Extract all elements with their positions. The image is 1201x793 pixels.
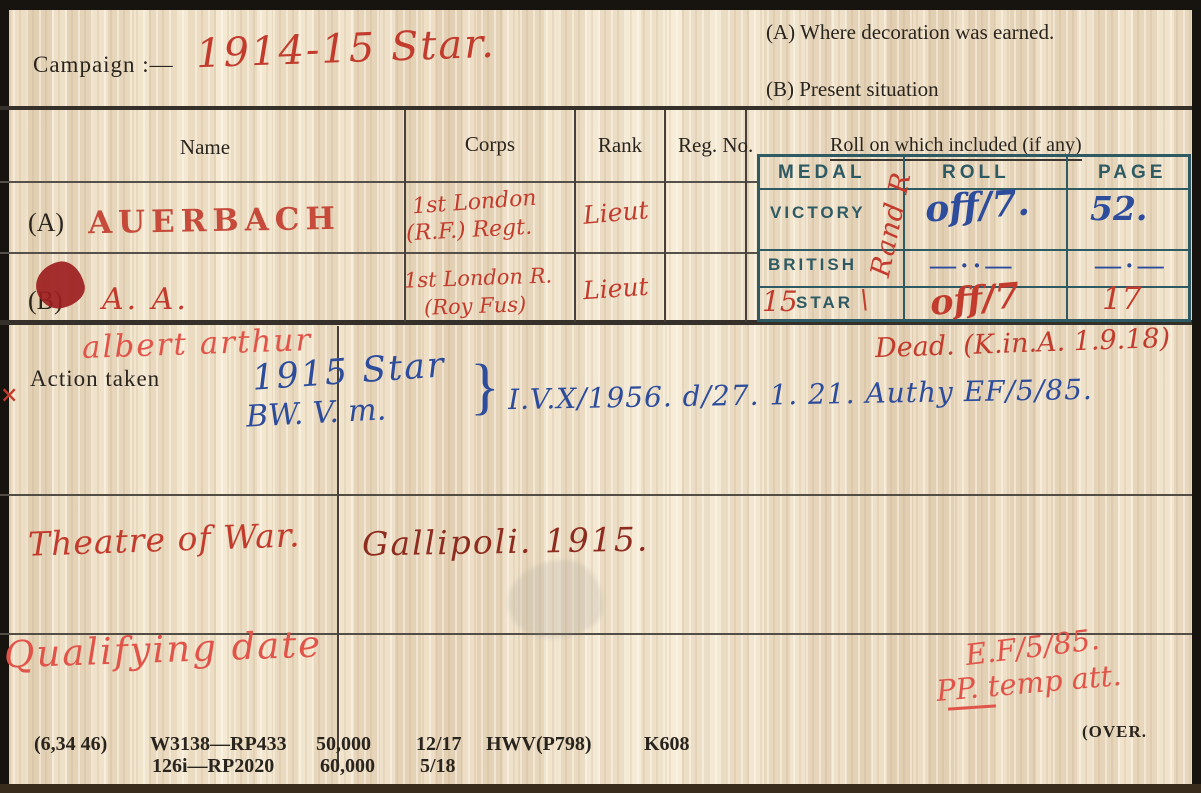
stamp-header-roll: ROLL	[942, 162, 1010, 184]
victory-page-value: 52.	[1090, 189, 1147, 228]
row-b-rank: Lieut	[582, 272, 649, 306]
stamp-header-page: PAGE	[1098, 162, 1166, 184]
footer-code-4: 12/17	[416, 733, 462, 756]
footer-over-label: (OVER.	[1082, 722, 1147, 742]
campaign-value-handwriting: 1914-15 Star.	[195, 21, 496, 77]
campaign-label: Campaign :—	[33, 52, 174, 78]
medal-overwrite-scribble: Rand R	[865, 169, 917, 280]
british-page-ditto: —·—	[1095, 251, 1168, 281]
star-tick-mark: \	[860, 285, 869, 315]
scan-edge-top	[0, 0, 1201, 10]
scan-edge-bottom	[0, 784, 1201, 793]
stamp-row-star-label: STAR	[796, 293, 853, 313]
victory-roll-value: off/7.	[924, 181, 1031, 230]
row-a-corps-line1: 1st London	[411, 186, 537, 220]
rule-between-rows	[0, 252, 757, 254]
scan-edge-right	[1192, 0, 1201, 793]
rule-mid	[0, 494, 1192, 496]
rule-below-headers	[0, 181, 757, 183]
star-prefix-15: 15	[762, 285, 798, 318]
footer-code-6: K608	[644, 733, 690, 756]
note-a: (A) Where decoration was earned.	[766, 20, 1054, 45]
qualifying-label-handwriting: Qualifying date	[3, 622, 322, 676]
stamp-row-british-label: BRITISH	[768, 255, 857, 275]
stamp-row-victory-label: VICTORY	[770, 203, 866, 223]
star-page-value: 17	[1102, 281, 1141, 317]
footer-code-5: HWV(P798)	[486, 733, 592, 756]
footer-code-9: 5/18	[420, 755, 456, 778]
row-b-corps-line2: (Roy Fus)	[424, 292, 527, 320]
note-b: (B) Present situation	[766, 77, 939, 102]
row-a-rank: Lieut	[582, 195, 650, 230]
header-name: Name	[100, 135, 310, 160]
dead-note-handwriting: Dead. (K.in.A. 1.9.18)	[875, 323, 1171, 364]
action-brace: }	[470, 352, 500, 423]
rule-below-campaign	[0, 106, 1192, 110]
action-value-handwriting: I.V.X/1956. d/27. 1. 21. Authy EF/5/85.	[508, 373, 1093, 416]
footer-code-3: 50,000	[316, 733, 371, 756]
row-a-corps-line2: (R.F.) Regt.	[405, 215, 532, 247]
footer-code-8: 60,000	[320, 755, 375, 778]
row-b-name-handwriting: A. A.	[102, 282, 189, 317]
footer-code-7: 126i—RP2020	[152, 755, 274, 778]
star-roll-value: off/7	[928, 275, 1021, 324]
margin-x-mark: ×	[0, 382, 18, 408]
action-taken-label: Action taken	[30, 366, 160, 392]
column-line-2	[574, 110, 576, 322]
header-corps: Corps	[425, 132, 555, 157]
footer-code-1: (6,34 46)	[34, 733, 107, 756]
row-a-label: (A)	[28, 208, 64, 238]
medal-index-card: Campaign :— 1914-15 Star. (A) Where deco…	[0, 0, 1201, 793]
medal-roll-stamp: MEDAL ROLL PAGE VICTORY BRITISH STAR off…	[757, 154, 1191, 322]
theatre-value-handwriting: Gallipoli. 1915.	[362, 519, 650, 563]
ref-line2-handwriting: PP. temp att.	[935, 658, 1123, 708]
stamp-divider-2	[1066, 157, 1068, 319]
header-rank: Rank	[578, 133, 662, 158]
row-b-corps-line1: 1st London R.	[404, 263, 553, 292]
scan-watermark-blemish	[508, 560, 603, 638]
stamp-header-medal: MEDAL	[778, 162, 866, 184]
column-line-3	[664, 110, 666, 322]
row-a-name-handwriting: AUERBACH	[88, 201, 341, 241]
header-reg-no: Reg. No.	[678, 133, 753, 158]
theatre-label-handwriting: Theatre of War.	[27, 515, 301, 563]
action-line2-handwriting: BW. V. m.	[245, 392, 387, 434]
footer-code-2: W3138—RP433	[150, 733, 287, 756]
